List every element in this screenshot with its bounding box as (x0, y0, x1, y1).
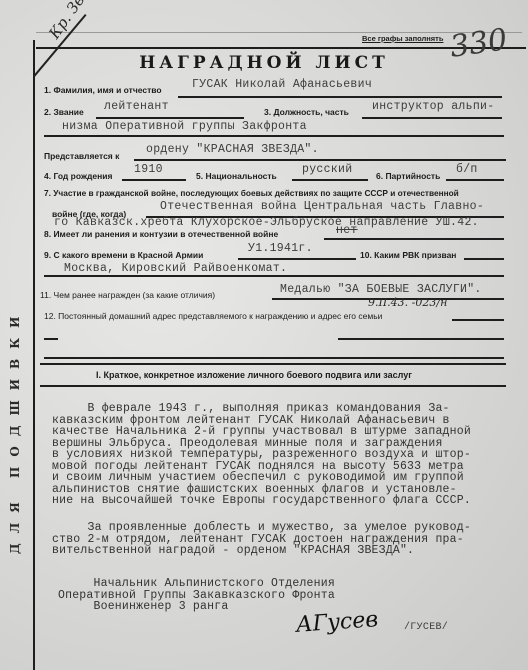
field-11-value: Медалью "ЗА БОЕВЫЕ ЗАСЛУГИ". (280, 283, 482, 296)
field-12-rule-a (44, 338, 58, 340)
presented-label: Представляется к (44, 151, 119, 161)
field-11-handwritten-note: 9.II.43. -023/н (368, 296, 447, 309)
signatory-name: /ГУСЕВ/ (404, 622, 448, 633)
section-rule-bottom (40, 385, 506, 387)
field-3-rule-2 (44, 135, 504, 137)
field-6-rule (446, 179, 504, 181)
section-rule-top (40, 363, 506, 365)
field-3-label: 3. Должность, часть (264, 107, 349, 117)
narrative-line: За проявленные доблесть и мужество, за у… (52, 522, 471, 534)
narrative-line: ние на высочайшей точке Европы государст… (52, 495, 471, 507)
binding-margin-line (33, 40, 35, 670)
field-10-rule (464, 258, 504, 260)
field-12-rule (452, 319, 504, 321)
margin-label: ДЛЯ ПОДШИВКИ (8, 280, 28, 580)
field-7-value-line2: го Кавказск.хребта Клухорское-Эльбруское… (54, 216, 479, 229)
field-11-label: 11. Чем ранее награжден (за какие отличи… (40, 290, 215, 300)
field-8-value: нет (336, 224, 358, 237)
field-9-value: У1.1941г. (248, 242, 313, 255)
field-3-value-line1: инструктор альпи- (372, 100, 494, 113)
narrative-line: В феврале 1943 г., выполняя приказ коман… (52, 403, 471, 415)
field-3-value-line2: низма Оперативной группы Закфронта (62, 120, 307, 133)
field-12-rule-b (338, 338, 504, 340)
signature-block: Начальник Альпинистского Отделения Опера… (58, 578, 335, 613)
field-8-label: 8. Имеет ли ранения и контузии в отечест… (44, 229, 278, 239)
handwritten-signature: АГусев (295, 607, 379, 638)
field-4-rule (122, 179, 186, 181)
field-5-rule (292, 179, 368, 181)
presented-value: ордену "КРАСНАЯ ЗВЕЗДА". (146, 143, 319, 156)
field-1-rule (178, 96, 502, 98)
corner-handwriting: Кр. Звезд (45, 0, 103, 42)
field-2-value: лейтенант (104, 100, 169, 113)
field-7-value-line1: Отечественная война Центральная часть Гл… (160, 200, 484, 213)
field-3-rule (362, 117, 502, 119)
field-10-rule-2 (44, 275, 504, 277)
field-5-label: 5. Национальность (196, 171, 277, 181)
field-9-rule (238, 258, 356, 260)
field-6-value: б/п (456, 163, 478, 176)
signature-title-line: Начальник Альпинистского Отделения (58, 578, 335, 590)
presented-rule (134, 159, 506, 161)
narrative-line: и своим личным участием обеспечил с руко… (52, 472, 471, 484)
narrative-line: вительственной наградой - орденом "КРАСН… (52, 545, 471, 557)
field-10-label: 10. Каким РВК призван (360, 250, 456, 260)
narrative-line: качестве Начальника 2-й группы участвова… (52, 426, 471, 438)
narrative-line: в условиях низкой температуры, разреженн… (52, 449, 471, 461)
field-10-value: Москва, Кировский Райвоенкомат. (64, 262, 287, 275)
field-4-value: 1910 (134, 163, 163, 176)
field-2-label: 2. Звание (44, 107, 84, 117)
field-2-rule (96, 117, 244, 119)
header-note: Все графы заполнять (362, 34, 443, 43)
field-4-label: 4. Год рождения (44, 171, 112, 181)
field-1-value: ГУСАК Николай Афанасьевич (192, 78, 372, 91)
field-8-rule (324, 238, 504, 240)
field-1-label: 1. Фамилия, имя и отчество (44, 85, 162, 95)
field-9-label: 9. С какого времени в Красной Армии (44, 250, 203, 260)
narrative-paragraph-2: За проявленные доблесть и мужество, за у… (52, 522, 471, 557)
field-12-label: 12. Постоянный домашний адрес представля… (44, 311, 382, 321)
field-7-label-line1: 7. Участие в гражданской войне, последую… (44, 188, 459, 198)
signature-title-line: Военинженер 3 ранга (58, 601, 335, 613)
field-12-rule-c (44, 357, 504, 359)
field-5-value: русский (302, 163, 352, 176)
field-6-label: 6. Партийность (376, 171, 440, 181)
narrative-paragraph-1: В феврале 1943 г., выполняя приказ коман… (52, 403, 471, 507)
section-heading: I. Краткое, конкретное изложение личного… (96, 370, 412, 380)
document-title: НАГРАДНОЙ ЛИСТ (0, 53, 528, 73)
